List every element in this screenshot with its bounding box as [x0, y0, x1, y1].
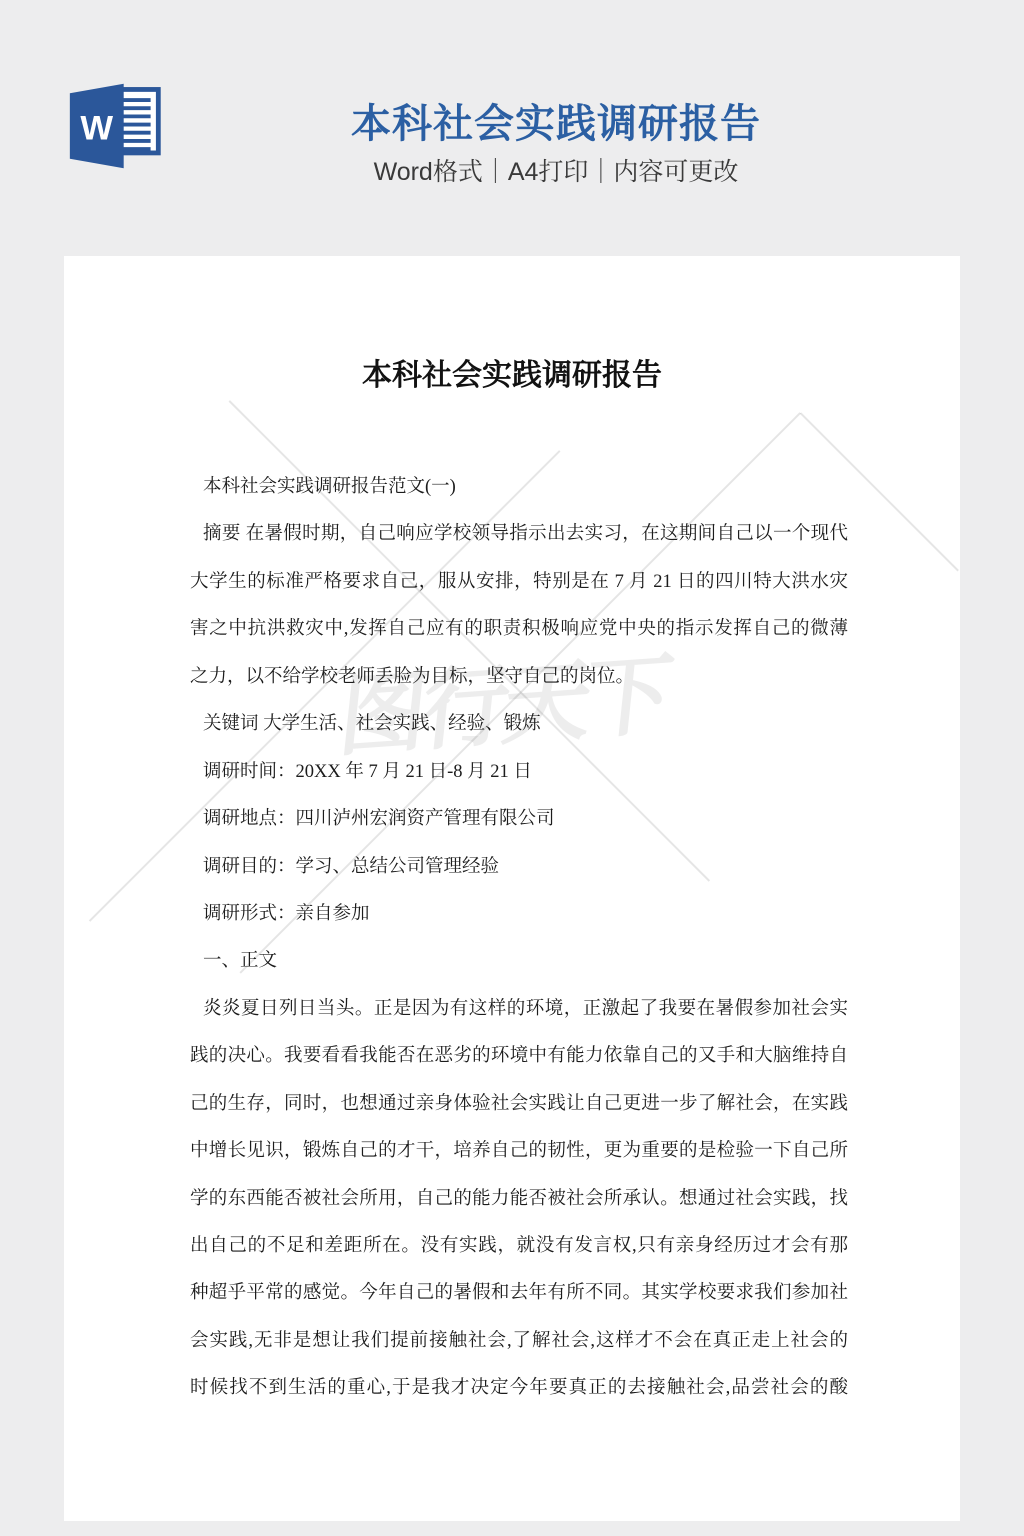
doc-line: 本科社会实践调研报告范文(一) [190, 464, 848, 511]
doc-line: 之力，以不给学校老师丢脸为目标，坚守自己的岗位。 [190, 654, 848, 701]
doc-line: 践的决心。我要看看我能否在恶劣的环境中有能力依靠自己的又手和大脑维持自 [190, 1033, 848, 1080]
doc-line: 调研目的：学习、总结公司管理经验 [190, 844, 848, 891]
template-title: 本科社会实践调研报告 [88, 92, 1024, 149]
doc-line: 害之中抗洪救灾中,发挥自己应有的职责积极响应党中央的指示发挥自己的微薄 [190, 606, 848, 653]
doc-line: 关键词 大学生活、社会实践、经验、锻炼 [190, 701, 848, 748]
doc-line: 一、正文 [190, 938, 848, 985]
doc-line: 种超乎平常的感觉。今年自己的暑假和去年有所不同。其实学校要求我们参加社 [190, 1270, 848, 1317]
doc-line: 出自己的不足和差距所在。没有实践，就没有发言权,只有亲身经历过才会有那 [190, 1223, 848, 1270]
document-page: 图行天下 本科社会实践调研报告 本科社会实践调研报告范文(一)摘要 在暑假时期，… [64, 256, 960, 1521]
doc-line: 调研地点：四川泸州宏润资产管理有限公司 [190, 796, 848, 843]
doc-line: 中增长见识，锻炼自己的才干，培养自己的韧性，更为重要的是检验一下自己所 [190, 1128, 848, 1175]
page-root: { "header": { "icon_letter": "W", "title… [0, 0, 1024, 1536]
doc-line: 摘要 在暑假时期，自己响应学校领导指示出去实习，在这期间自己以一个现代 [190, 511, 848, 558]
doc-line: 大学生的标准严格要求自己，服从安排，特别是在 7 月 21 日的四川特大洪水灾 [190, 559, 848, 606]
document-title: 本科社会实践调研报告 [64, 354, 960, 398]
doc-line: 会实践,无非是想让我们提前接触社会,了解社会,这样才不会在真正走上社会的 [190, 1318, 848, 1365]
doc-body: 本科社会实践调研报告范文(一)摘要 在暑假时期，自己响应学校领导指示出去实习，在… [190, 464, 848, 1413]
template-subtitle: Word格式｜A4打印｜内容可更改 [88, 152, 1024, 188]
doc-line: 学的东西能否被社会所用，自己的能力能否被社会所承认。想通过社会实践，找 [190, 1176, 848, 1223]
doc-line: 炎炎夏日列日当头。正是因为有这样的环境，正激起了我要在暑假参加社会实 [190, 986, 848, 1033]
doc-line: 时候找不到生活的重心,于是我才决定今年要真正的去接触社会,品尝社会的酸 [190, 1365, 848, 1412]
doc-line: 己的生存，同时，也想通过亲身体验社会实践让自己更进一步了解社会，在实践 [190, 1081, 848, 1128]
doc-line: 调研形式：亲自参加 [190, 891, 848, 938]
doc-line: 调研时间：20XX 年 7 月 21 日-8 月 21 日 [190, 749, 848, 796]
